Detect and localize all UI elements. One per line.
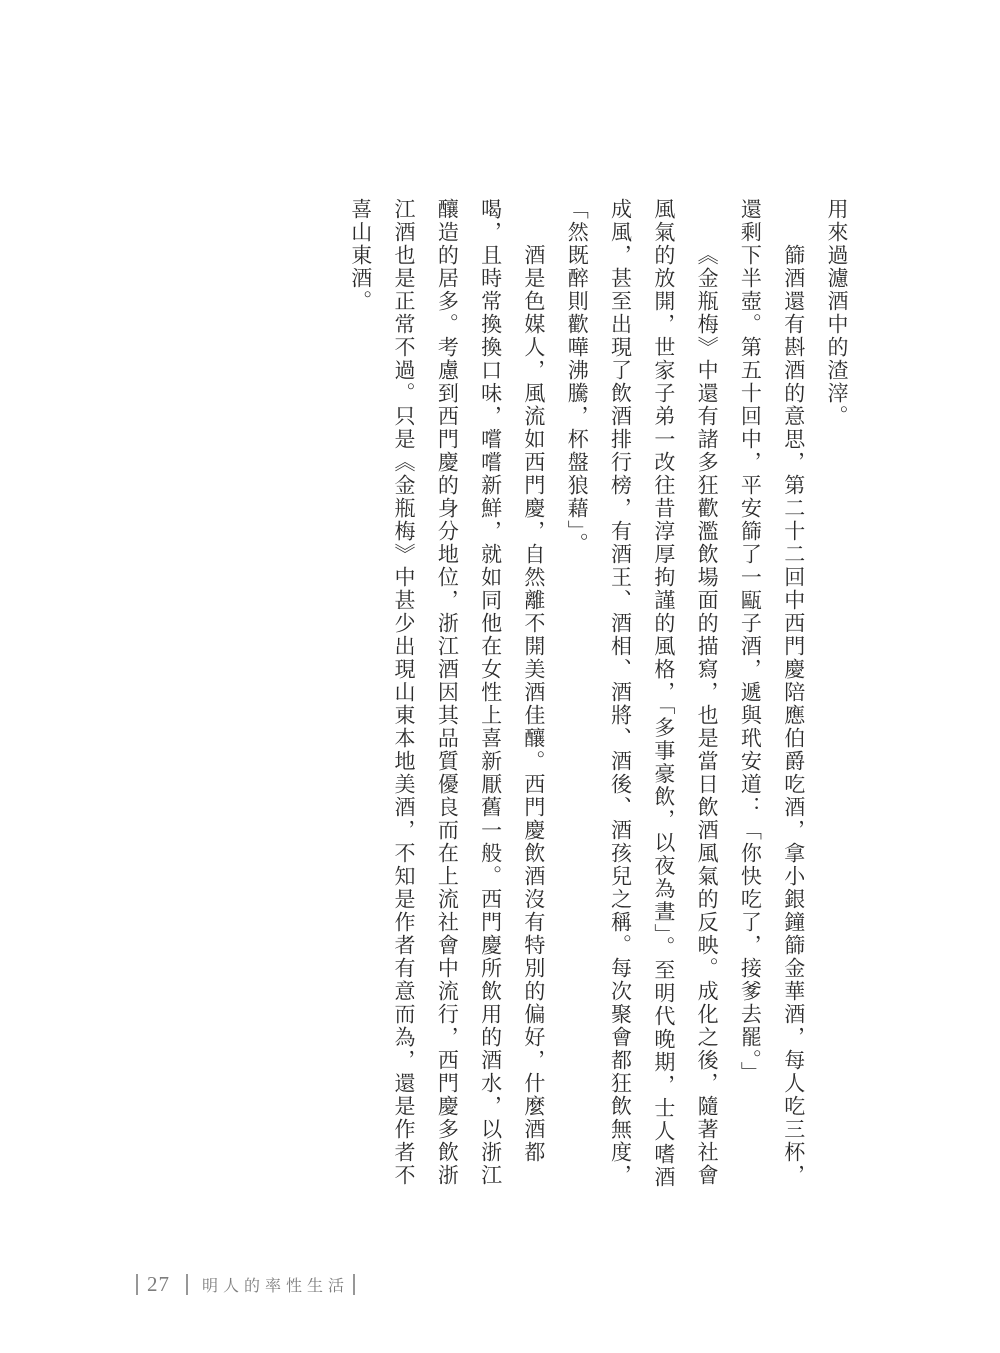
running-title: 明人的率性生活 [202, 1273, 349, 1296]
footer-divider [186, 1274, 188, 1295]
page-number: 27 [147, 1272, 170, 1297]
paragraph: 《金瓶梅》中還有諸多狂歡濫飲場面的描寫，也是當日飲酒風氣的反映。成化之後，隨著社… [555, 198, 728, 1190]
body-text-block: 用來過濾酒中的渣滓。 篩酒還有斟酒的意思，第二十二回中西門慶陪應伯爵吃酒，拿小銀… [338, 198, 858, 1190]
paragraph-continuation: 用來過濾酒中的渣滓。 [815, 198, 858, 1190]
paragraph: 篩酒還有斟酒的意思，第二十二回中西門慶陪應伯爵吃酒，拿小銀鐘篩金華酒，每人吃三杯… [728, 198, 815, 1190]
page-footer: 27 明人的率性生活 [136, 1272, 355, 1297]
footer-divider [353, 1274, 355, 1295]
footer-divider [136, 1274, 138, 1295]
book-page: 用來過濾酒中的渣滓。 篩酒還有斟酒的意思，第二十二回中西門慶陪應伯爵吃酒，拿小銀… [0, 0, 1000, 1353]
paragraph: 酒是色媒人，風流如西門慶，自然離不開美酒佳釀。西門慶飲酒沒有特別的偏好，什麼酒都… [338, 198, 554, 1190]
